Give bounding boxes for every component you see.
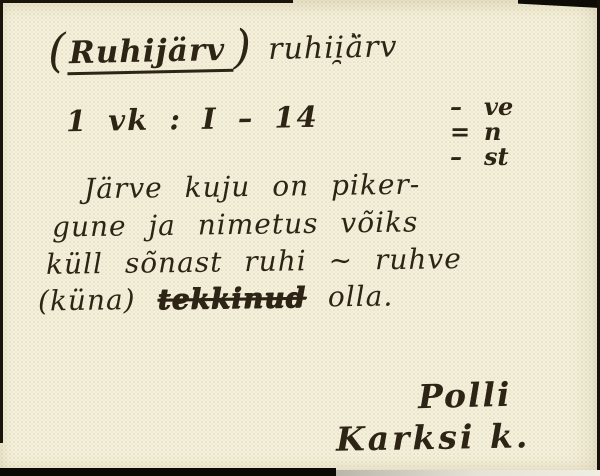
body-line-3: küll sõnast ruhi ~ ruhve	[46, 242, 462, 281]
scan-edge-top-left	[0, 0, 293, 3]
signature-parish: Karksi k.	[336, 416, 531, 458]
scan-edge-left	[0, 0, 3, 443]
body-line-2: gune ja nimetus võiks	[52, 205, 419, 243]
margin-note-row: – ve	[450, 94, 513, 119]
archive-index-card: (Ruhijärv)ruhii̯ä̀rv 1 vk : I – 14 – ve …	[0, 0, 600, 476]
body-line-4-prefix: (küna)	[38, 283, 158, 318]
note-label-st: st	[484, 142, 509, 171]
body-line-4: (küna) tekkinud olla.	[38, 280, 394, 318]
body-line-4-suffix: olla.	[306, 280, 394, 314]
title-open-paren: (	[47, 23, 67, 77]
signature-place: Polli	[418, 375, 513, 416]
margin-note-row: = n	[450, 119, 513, 144]
title-close-paren: )	[233, 19, 253, 73]
title-phonetic-transcription: ruhii̯ä̀rv	[268, 29, 398, 67]
corrected-overwritten-word: tekkinud	[157, 281, 306, 316]
reference-code: 1 vk : I – 14	[66, 100, 319, 138]
card-title-line: (Ruhijärv)ruhii̯ä̀rv	[48, 28, 398, 71]
margin-note-row: – st	[450, 144, 513, 169]
scan-edge-top-right	[518, 0, 600, 8]
scan-edge-bottom-black	[0, 468, 336, 476]
title-place-name: Ruhijärv	[67, 32, 234, 75]
scan-edge-bottom-grey	[336, 470, 600, 476]
note-dash: –	[450, 142, 484, 171]
margin-notes: – ve = n – st	[450, 94, 513, 169]
body-line-1: Järve kuju on piker-	[84, 168, 421, 206]
